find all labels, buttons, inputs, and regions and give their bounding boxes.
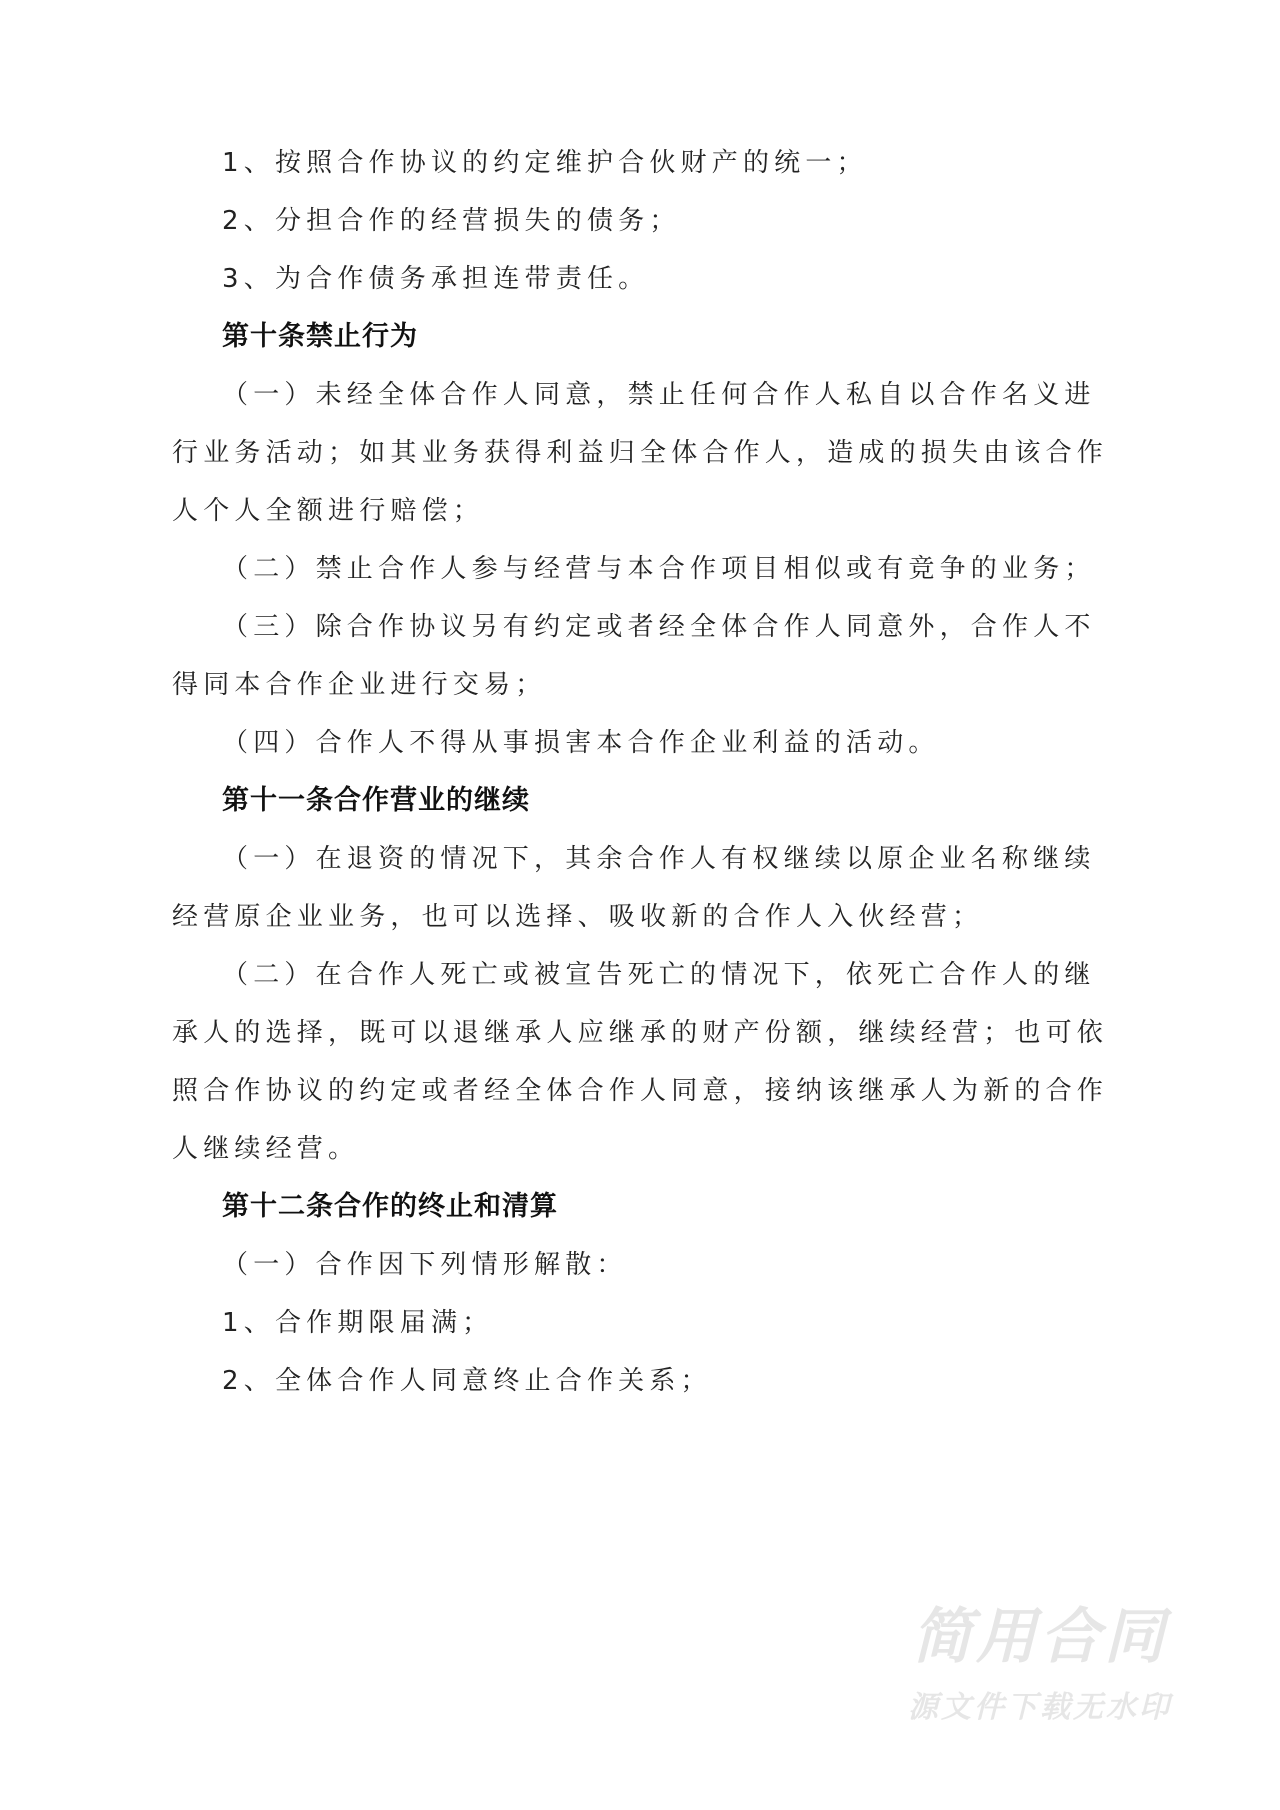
list-item-1: 1、按照合作协议的约定维护合伙财产的统一；	[222, 146, 1142, 180]
watermark-tagline: 源文件下载无水印	[880, 1688, 1200, 1728]
document-page: 1、按照合作协议的约定维护合伙财产的统一； 2、分担合作的经营损失的债务； 3、…	[0, 0, 1280, 1810]
paragraph-line: 行业务活动；如其业务获得利益归全体合作人，造成的损失由该合作	[172, 436, 1092, 470]
list-item-2: 2、全体合作人同意终止合作关系；	[222, 1364, 1142, 1398]
watermark-brand: 简用合同	[880, 1600, 1200, 1674]
list-item-1: 1、合作期限届满；	[222, 1306, 1142, 1340]
paragraph-line: 承人的选择，既可以退继承人应继承的财产份额，继续经营；也可依	[172, 1016, 1092, 1050]
paragraph-line: 人个人全额进行赔偿；	[172, 494, 1092, 528]
paragraph-line: （三）除合作协议另有约定或者经全体合作人同意外，合作人不	[222, 610, 1142, 644]
list-item-3: 3、为合作债务承担连带责任。	[222, 262, 1142, 296]
paragraph-line: 得同本合作企业进行交易；	[172, 668, 1092, 702]
paragraph-line: （一）在退资的情况下，其余合作人有权继续以原企业名称继续	[222, 842, 1142, 876]
list-item-2: 2、分担合作的经营损失的债务；	[222, 204, 1142, 238]
paragraph-line: （一）合作因下列情形解散：	[222, 1248, 1142, 1282]
section-heading-article-10: 第十条禁止行为	[222, 320, 1142, 354]
section-heading-article-11: 第十一条合作营业的继续	[222, 784, 1142, 818]
paragraph-line: 人继续经营。	[172, 1132, 1092, 1166]
paragraph-line: 经营原企业业务，也可以选择、吸收新的合作人入伙经营；	[172, 900, 1092, 934]
paragraph-line: （二）禁止合作人参与经营与本合作项目相似或有竞争的业务；	[222, 552, 1142, 586]
paragraph-line: 照合作协议的约定或者经全体合作人同意，接纳该继承人为新的合作	[172, 1074, 1092, 1108]
section-heading-article-12: 第十二条合作的终止和清算	[222, 1190, 1142, 1224]
paragraph-line: （一）未经全体合作人同意，禁止任何合作人私自以合作名义进	[222, 378, 1142, 412]
paragraph-line: （二）在合作人死亡或被宣告死亡的情况下，依死亡合作人的继	[222, 958, 1142, 992]
paragraph-line: （四）合作人不得从事损害本合作企业利益的活动。	[222, 726, 1142, 760]
watermark: 简用合同 源文件下载无水印	[880, 1600, 1200, 1728]
